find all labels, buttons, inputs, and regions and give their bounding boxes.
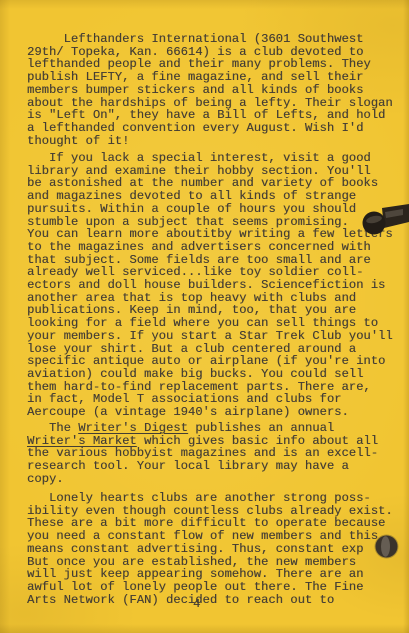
paragraph-lefthanders-international: Lefthanders International (3601 Southwes… xyxy=(27,33,393,147)
paragraph-hobby-library: If you lack a special interest, visit a … xyxy=(27,152,393,419)
hole-punch-mark xyxy=(373,533,400,560)
page-number: 4 xyxy=(193,598,200,611)
scanned-page: Lefthanders International (3601 Southwes… xyxy=(0,0,409,633)
paragraph-writers-digest: The Writer's Digest publishes an annual … xyxy=(27,422,378,486)
binder-fastener-mark xyxy=(352,200,409,240)
paragraph-lonely-hearts: Lonely hearts clubs are another strong p… xyxy=(27,492,393,606)
